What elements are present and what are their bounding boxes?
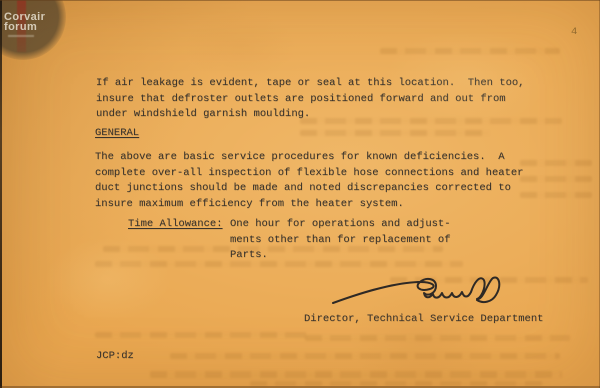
bleed-through-smudge <box>520 160 592 166</box>
bleed-through-smudge <box>520 176 592 182</box>
watermark-text-line1: Corvair <box>4 11 45 23</box>
bleed-through-smudge <box>300 130 490 136</box>
time-allowance-text: One hour for operations and adjust- ment… <box>230 217 451 264</box>
typist-initials: JCP:dz <box>96 349 134 365</box>
memo-paragraph-air-leakage: If air leakage is evident, tape or seal … <box>96 76 524 123</box>
watermark-text-line2: forum <box>4 21 37 33</box>
bleed-through-smudge <box>305 335 570 341</box>
signature-title: Director, Technical Service Department <box>304 312 543 328</box>
watermark-red-bar <box>17 0 26 52</box>
watermark-text-line3 <box>8 35 34 37</box>
page-number: 4 <box>571 25 577 41</box>
bleed-through-smudge <box>250 381 550 386</box>
bleed-through-smudge <box>380 48 560 54</box>
scan-edge-top <box>0 0 600 1</box>
scan-edge-left <box>0 0 2 388</box>
bleed-through-smudge <box>170 353 560 359</box>
signature <box>330 274 515 312</box>
time-allowance-label: Time Allowance: <box>128 217 223 233</box>
scanned-memo-page: Corvair forum 4 If air leakage is eviden… <box>0 0 600 388</box>
memo-paragraph-general: The above are basic service procedures f… <box>95 150 523 212</box>
bleed-through-smudge <box>95 332 307 338</box>
watermark-circle <box>0 0 66 60</box>
corvairforum-watermark: Corvair forum <box>0 0 90 80</box>
bleed-through-smudge <box>150 371 562 378</box>
bleed-through-smudge <box>520 192 592 198</box>
section-heading-general: GENERAL <box>95 126 139 142</box>
